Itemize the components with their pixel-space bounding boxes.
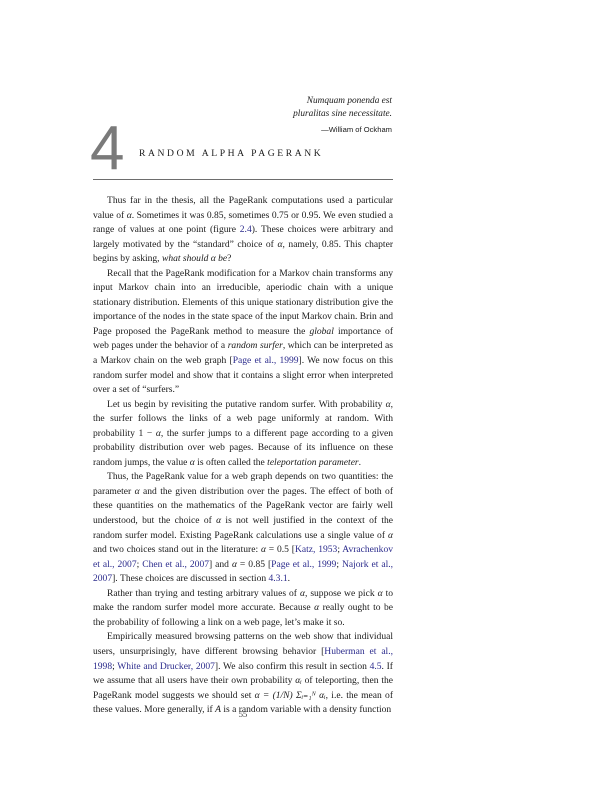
epigraph-line-2: pluralitas sine necessitate. [293,108,392,121]
paragraph-1: Thus far in the thesis, all the PageRank… [93,194,393,267]
citation-link[interactable]: Page et al., 1999 [271,559,336,570]
paragraph-4: Thus, the PageRank value for a web graph… [93,470,393,586]
citation-link[interactable]: Page et al., 1999 [233,355,299,366]
citation-link[interactable]: White and Drucker, 2007 [117,661,215,672]
chapter-rule [93,179,393,180]
section-reference-link[interactable]: 4.5 [370,661,382,672]
mean-alpha-formula: α = (1/N) Σᵢ₌₁ᴺ αᵢ [255,690,326,701]
paragraph-6: Empirically measured browsing patterns o… [93,630,393,717]
emphasis-question: what should α be [162,253,227,264]
paragraph-5: Rather than trying and testing arbitrary… [93,587,393,631]
paragraph-2: Recall that the PageRank modification fo… [93,267,393,398]
section-reference-link[interactable]: 4.3.1 [269,573,288,584]
page-number: 55 [0,709,486,719]
chapter-title: RANDOM ALPHA PAGERANK [139,148,323,159]
epigraph: Numquam ponenda est pluralitas sine nece… [293,95,392,137]
emphasis-random-surfer: random surfer [228,340,283,351]
alpha-symbol: α [388,530,393,541]
chapter-number: 4 [90,118,124,180]
epigraph-attribution: —William of Ockham [293,124,392,137]
figure-reference-link[interactable]: 2.4 [240,224,252,235]
paragraph-3: Let us begin by revisiting the putative … [93,398,393,471]
emphasis-teleportation-parameter: teleportation parameter [267,457,358,468]
citation-link[interactable]: Katz, 1953 [295,544,337,555]
chapter-body: Thus far in the thesis, all the PageRank… [93,194,393,718]
epigraph-line-1: Numquam ponenda est [293,95,392,108]
citation-link[interactable]: Chen et al., 2007 [142,559,209,570]
emphasis-global: global [309,326,333,337]
